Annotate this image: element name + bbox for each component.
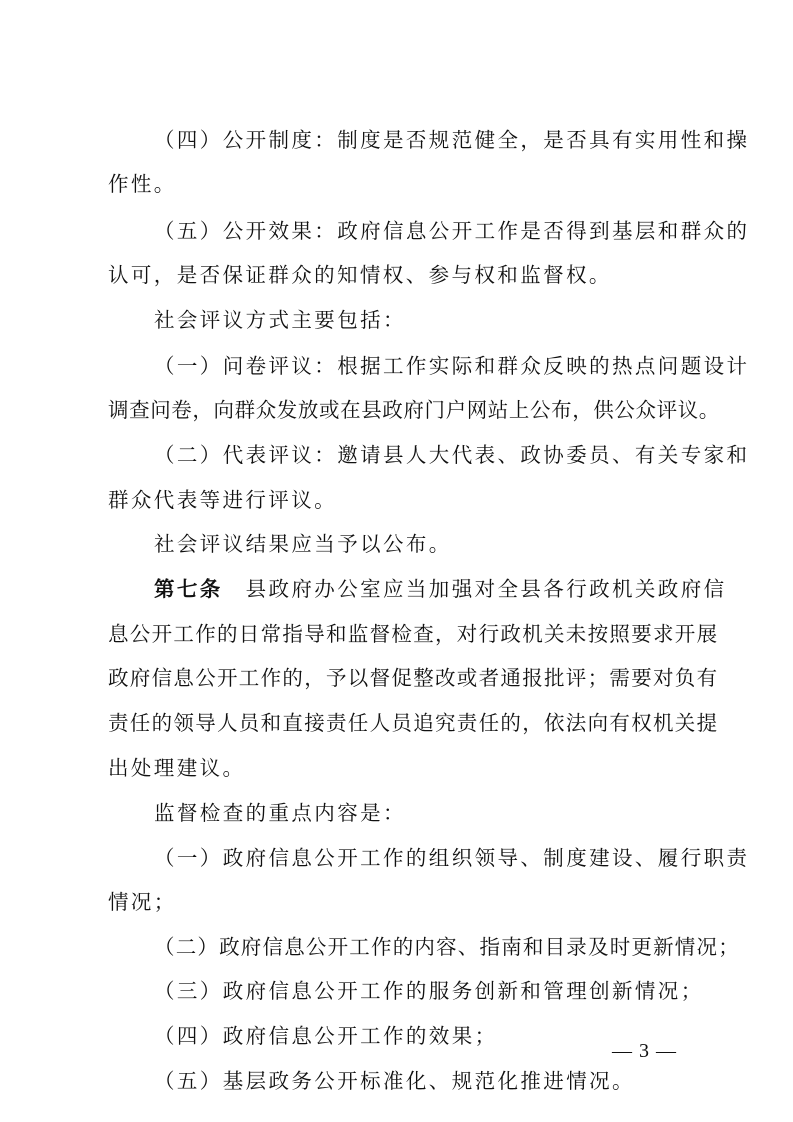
paragraph-line: 调查问卷，向群众发放或在县政府门户网站上公布，供公众评议。 [108, 400, 720, 421]
paragraph-line: （五）公开效果：政府信息公开工作是否得到基层和群众的 [154, 221, 749, 242]
page-number: — 3 — [612, 1040, 677, 1063]
paragraph-line: 社会评议方式主要包括： [154, 310, 406, 331]
paragraph-line: 社会评议结果应当予以公布。 [154, 534, 452, 555]
paragraph-line: （二）政府信息公开工作的内容、指南和目录及时更新情况； [154, 937, 740, 958]
paragraph-line: 责任的领导人员和直接责任人员追究责任的，依法向有权机关提 [108, 713, 718, 734]
paragraph-line: 政府信息公开工作的，予以督促整改或者通报批评；需要对负有 [108, 668, 718, 689]
paragraph-line: 息公开工作的日常指导和监督检查，对行政机关未按照要求开展 [108, 624, 718, 645]
paragraph-line: （五）基层政务公开标准化、规范化推进情况。 [154, 1071, 635, 1092]
paragraph-line: 监督检查的重点内容是： [154, 803, 406, 824]
paragraph-line: （四）公开制度：制度是否规范健全，是否具有实用性和操 [154, 130, 749, 151]
paragraph-line: 出处理建议。 [108, 758, 245, 779]
article-label: 第七条 [154, 577, 223, 601]
article-text: 县政府办公室应当加强对全县各行政机关政府信 [223, 577, 727, 601]
paragraph-line: （三）政府信息公开工作的服务创新和管理创新情况； [154, 981, 704, 1002]
paragraph-line: 认可，是否保证群众的知情权、参与权和监督权。 [108, 265, 612, 286]
paragraph-line: （一）政府信息公开工作的组织领导、制度建设、履行职责 [154, 848, 749, 869]
paragraph-line: 群众代表等进行评议。 [108, 490, 337, 511]
paragraph-line: 作性。 [108, 174, 177, 195]
paragraph-line: 情况； [108, 892, 177, 913]
paragraph-line: （一）问卷评议：根据工作实际和群众反映的热点问题设计 [154, 356, 749, 377]
article-line: 第七条 县政府办公室应当加强对全县各行政机关政府信 [154, 579, 727, 600]
paragraph-line: （四）政府信息公开工作的效果； [154, 1026, 498, 1047]
paragraph-line: （二）代表评议：邀请县人大代表、政协委员、有关专家和 [154, 445, 749, 466]
